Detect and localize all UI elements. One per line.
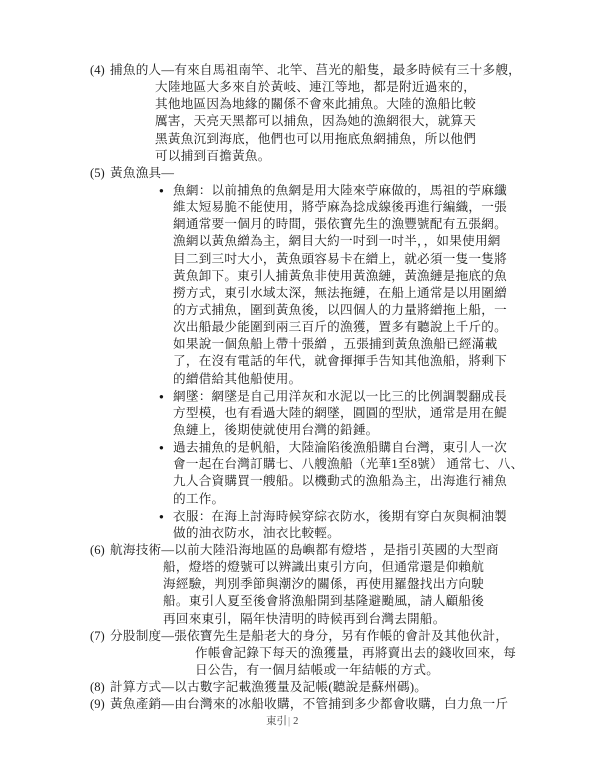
document-page: (4)捕魚的人—有來自馬祖南竿、北竿、莒光的船隻，最多時候有三十多艘，大陸地區大… xyxy=(0,0,600,776)
text-line: 厲害，天亮天黑都可以捕魚，因為她的漁網很大，就算天 xyxy=(0,113,600,130)
line-text: 會一起在台灣訂購七、八艘漁船（光華1至8號） 通常七、八、 xyxy=(173,457,523,471)
text-line: 黑黃魚沉到海底，他們也可以用拖底魚網捕魚，所以他們 xyxy=(0,131,600,148)
line-text: 九人合資購買一艘船。以機動式的漁船為主，出海進行補魚 xyxy=(173,474,507,488)
bullet-icon: ● xyxy=(159,439,173,456)
text-line: ●過去捕魚的是帆船，大陸淪陷後漁船購自台灣，東引人一次 xyxy=(0,439,600,456)
text-line: 目二到三吋大小，黃魚頭容易卡在繒上，就必須一隻一隻將 xyxy=(0,251,600,268)
line-text: 可以捕到百擔黃魚。 xyxy=(155,149,271,163)
line-text: 漁網以黃魚繒為主，網目大約一吋到一吋半，，如果使用網 xyxy=(173,234,501,248)
text-line: (8)計算方式—以古數字記載漁獲量及記帳(聽說是蘇州碼)。 xyxy=(0,679,600,696)
text-line: 的繒借給其他船使用。 xyxy=(0,371,600,388)
line-text: 撈方式，東引水域太深，無法拖縺，在船上通常是以用圍繒 xyxy=(173,286,507,300)
text-line: 再回來東引，隔年快清明的時候再到台灣去開船。 xyxy=(0,611,600,628)
item-number-label: (8) xyxy=(90,679,110,696)
line-text: 過去捕魚的是帆船，大陸淪陷後漁船購自台灣，東引人一次 xyxy=(173,441,507,455)
line-text: 航海技術—以前大陸沿海地區的島嶼都有燈塔 ，是指引英國的大型商 xyxy=(110,543,499,557)
line-text: 如果說一個魚船上帶十張繒 ，五張捕到黃魚漁船已經滿載 xyxy=(173,337,498,351)
text-line: 撈方式，東引水域太深，無法拖縺，在船上通常是以用圍繒 xyxy=(0,285,600,302)
text-line: 方型模，也有看過大陸的網墜，圓圓的型狀，通常是用在鯷 xyxy=(0,405,600,422)
line-text: 魚縺上，後期使就使用台灣的鉛錘。 xyxy=(173,423,379,437)
item-number-label: (6) xyxy=(90,542,110,559)
text-line: (5)黃魚漁具— xyxy=(0,165,600,182)
text-line: (6)航海技術—以前大陸沿海地區的島嶼都有燈塔 ，是指引英國的大型商 xyxy=(0,542,600,559)
line-text: 網通常要一個月的時間，張依寶先生的漁豐號配有五張網。 xyxy=(173,217,507,231)
text-line: 的工作。 xyxy=(0,491,600,508)
line-text: 次出船最少能圍到兩三百斤的漁獲，置多有聽說上千斤的。 xyxy=(173,320,507,334)
line-text: 其他地區因為地緣的關係不會來此捕魚。大陸的漁船比較 xyxy=(155,97,476,111)
item-number-label: (5) xyxy=(90,165,110,182)
line-text: 做的油衣防水，油衣比較輕。 xyxy=(173,526,340,540)
page-footer: 東引|2 xyxy=(266,715,298,729)
line-text: 黑黃魚沉到海底，他們也可以用拖底魚網捕魚，所以他們 xyxy=(155,132,476,146)
text-line: ●衣服：在海上討海時候穿綜衣防水，後期有穿白灰與桐油製 xyxy=(0,508,600,525)
text-line: 如果說一個魚船上帶十張繒 ，五張捕到黃魚漁船已經滿載 xyxy=(0,336,600,353)
text-line: ●魚網：以前捕魚的魚網是用大陸來苧麻做的，馬祖的苧麻纖 xyxy=(0,182,600,199)
text-line: 的方式捕魚，圍到黃魚後，以四個人的力量將繒拖上船，一 xyxy=(0,302,600,319)
line-text: 方型模，也有看過大陸的網墜，圓圓的型狀，通常是用在鯷 xyxy=(173,406,507,420)
footer-page-number: 2 xyxy=(293,716,298,727)
text-line: 維太短易脆不能使用，將苧麻為捻成線後再進行編織，一張 xyxy=(0,199,600,216)
line-text: 衣服：在海上討海時候穿綜衣防水，後期有穿白灰與桐油製 xyxy=(173,509,507,523)
text-line: (7)分股制度—張依寶先生是船老大的身分，另有作帳的會計及其他伙計， xyxy=(0,628,600,645)
line-text: 日公告，有一個月結帳或一年結帳的方式。 xyxy=(195,663,439,677)
line-text: 魚網：以前捕魚的魚網是用大陸來苧麻做的，馬祖的苧麻纖 xyxy=(173,183,507,197)
text-line: 漁網以黃魚繒為主，網目大約一吋到一吋半，，如果使用網 xyxy=(0,233,600,250)
text-line: 做的油衣防水，油衣比較輕。 xyxy=(0,525,600,542)
line-text: 厲害，天亮天黑都可以捕魚，因為她的漁網很大，就算天 xyxy=(155,114,476,128)
text-line: 其他地區因為地緣的關係不會來此捕魚。大陸的漁船比較 xyxy=(0,96,600,113)
line-text: 網墜：網墜是自己用洋灰和水泥以一比三的比例調製翻成長 xyxy=(173,389,507,403)
text-line: 會一起在台灣訂購七、八艘漁船（光華1至8號） 通常七、八、 xyxy=(0,456,600,473)
text-line: (9)黃魚產銷—由台灣來的冰船收購，不管捕到多少都會收購，白力魚一斤 xyxy=(0,696,600,713)
text-line: 黃魚卸下。東引人捕黃魚非使用黃漁縺，黃漁縺是拖底的魚 xyxy=(0,268,600,285)
line-text: 黃魚漁具— xyxy=(110,166,174,180)
line-text: 的繒借給其他船使用。 xyxy=(173,372,301,386)
line-text: 再回來東引，隔年快清明的時候再到台灣去開船。 xyxy=(163,612,446,626)
text-line: 可以捕到百擔黃魚。 xyxy=(0,148,600,165)
line-text: 了，在沒有電話的年代，就會揮揮手告知其他漁船，將剩下 xyxy=(173,354,507,368)
bullet-icon: ● xyxy=(159,182,173,199)
text-line: 網通常要一個月的時間，張依寶先生的漁豐號配有五張網。 xyxy=(0,216,600,233)
text-line: 了，在沒有電話的年代，就會揮揮手告知其他漁船，將剩下 xyxy=(0,353,600,370)
line-text: 作帳會記錄下每天的漁獲量，再將賣出去的錢收回來，每 xyxy=(195,646,516,660)
item-number-label: (4) xyxy=(90,62,110,79)
line-text: 船，燈塔的燈號可以辨識出東引方向，但通常還是仰賴航 xyxy=(163,560,484,574)
line-text: 的方式捕魚，圍到黃魚後，以四個人的力量將繒拖上船，一 xyxy=(173,303,507,317)
text-line: 大陸地區大多來自於黃岐、連江等地，都是附近過來的， xyxy=(0,79,600,96)
text-line: 海經驗，判別季節與潮汐的關係，再使用羅盤找出方向駛 xyxy=(0,576,600,593)
line-text: 黃魚卸下。東引人捕黃魚非使用黃漁縺，黃漁縺是拖底的魚 xyxy=(173,269,507,283)
line-text: 分股制度—張依寶先生是船老大的身分，另有作帳的會計及其他伙計， xyxy=(110,629,508,643)
text-line: 九人合資購買一艘船。以機動式的漁船為主，出海進行補魚 xyxy=(0,473,600,490)
line-text: 船。東引人夏至後會將漁船開到基隆避颱風，請人顧船後 xyxy=(163,594,484,608)
text-line: (4)捕魚的人—有來自馬祖南竿、北竿、莒光的船隻，最多時候有三十多艘， xyxy=(0,62,600,79)
text-line: 作帳會記錄下每天的漁獲量，再將賣出去的錢收回來，每 xyxy=(0,645,600,662)
item-number-label: (7) xyxy=(90,628,110,645)
text-line: 次出船最少能圍到兩三百斤的漁獲，置多有聽說上千斤的。 xyxy=(0,319,600,336)
line-text: 的工作。 xyxy=(173,492,224,506)
line-text: 海經驗，判別季節與潮汐的關係，再使用羅盤找出方向駛 xyxy=(163,577,484,591)
text-line: 日公告，有一個月結帳或一年結帳的方式。 xyxy=(0,662,600,679)
footer-site-label: 東引 xyxy=(266,716,287,727)
line-text: 捕魚的人—有來自馬祖南竿、北竿、莒光的船隻，最多時候有三十多艘， xyxy=(110,63,521,77)
line-text: 大陸地區大多來自於黃岐、連江等地，都是附近過來的， xyxy=(155,80,476,94)
text-line: 魚縺上，後期使就使用台灣的鉛錘。 xyxy=(0,422,600,439)
text-line: 船。東引人夏至後會將漁船開到基隆避颱風，請人顧船後 xyxy=(0,593,600,610)
text-line: 船，燈塔的燈號可以辨識出東引方向，但通常還是仰賴航 xyxy=(0,559,600,576)
line-text: 計算方式—以古數字記載漁獲量及記帳(聽說是蘇州碼)。 xyxy=(110,680,427,694)
bullet-icon: ● xyxy=(159,388,173,405)
line-text: 目二到三吋大小，黃魚頭容易卡在繒上，就必須一隻一隻將 xyxy=(173,252,507,266)
bullet-icon: ● xyxy=(159,508,173,525)
line-text: 維太短易脆不能使用，將苧麻為捻成線後再進行編織，一張 xyxy=(173,200,507,214)
text-line: ●網墜：網墜是自己用洋灰和水泥以一比三的比例調製翻成長 xyxy=(0,388,600,405)
line-text: 黃魚產銷—由台灣來的冰船收購，不管捕到多少都會收購，白力魚一斤 xyxy=(110,697,508,711)
document-lines: (4)捕魚的人—有來自馬祖南竿、北竿、莒光的船隻，最多時候有三十多艘，大陸地區大… xyxy=(0,62,600,713)
item-number-label: (9) xyxy=(90,696,110,713)
